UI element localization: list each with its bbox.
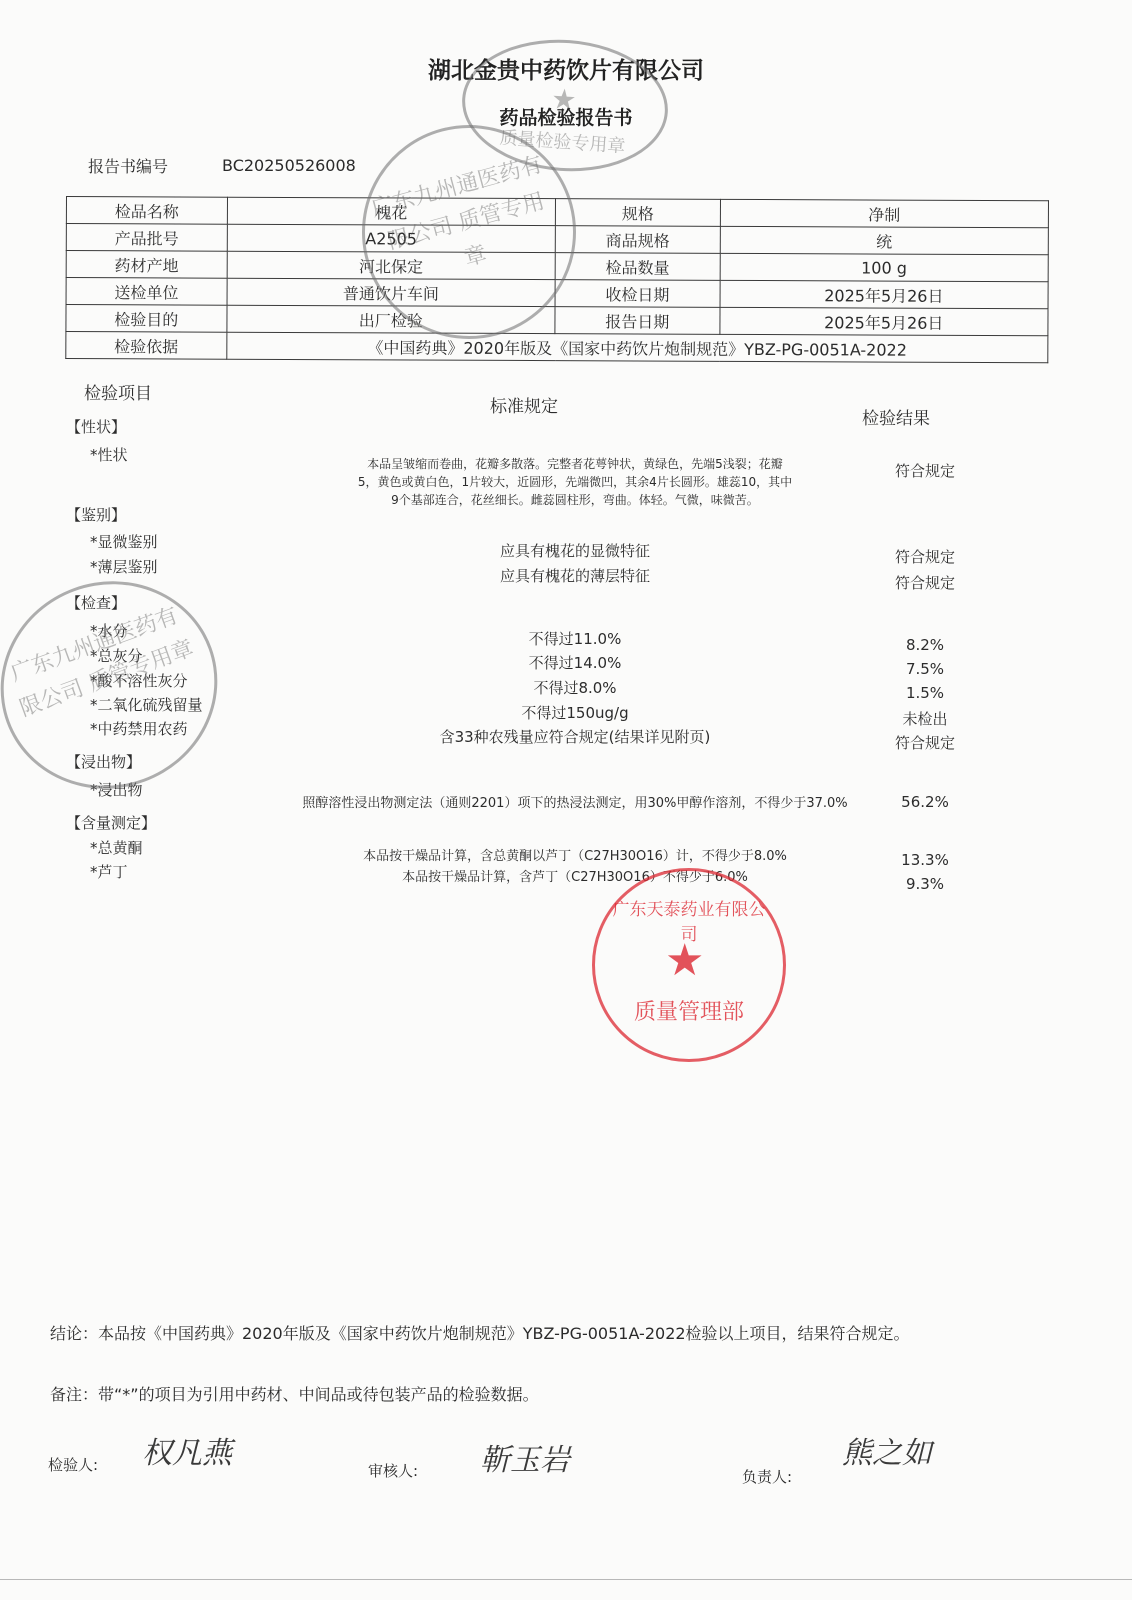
section-inspection: 【检查】 <box>66 592 126 613</box>
item-standard: 本品按干燥品计算，含芦丁（C27H30O16）不得少于6.0% <box>250 866 900 885</box>
section-assay: 【含量测定】 <box>66 812 156 833</box>
table-row: 送检单位 普通饮片车间 收检日期 2025年5月26日 <box>66 278 1048 309</box>
item-name: *芦丁 <box>90 861 128 882</box>
item-standard: 本品按干燥品计算，含总黄酮以芦丁（C27H30O16）计，不得少于8.0% <box>250 845 900 864</box>
item-name: *总灰分 <box>90 645 143 666</box>
item-standard: 不得过14.0% <box>250 652 900 673</box>
inspector-label: 检验人: <box>48 1454 98 1475</box>
header-test-item: 检验项目 <box>84 379 152 404</box>
cell-label: 规格 <box>555 199 720 227</box>
item-name: *显微鉴别 <box>90 531 158 552</box>
red-quality-seal: 广东天泰药业有限公司 ★ 质量管理部 <box>592 868 786 1062</box>
item-name: *水分 <box>90 620 128 641</box>
item-name: *薄层鉴别 <box>90 556 158 577</box>
item-name: *性状 <box>90 444 128 465</box>
item-result: 符合规定 <box>860 732 990 753</box>
item-name: *二氧化硫残留量 <box>90 694 203 715</box>
section-extract: 【浸出物】 <box>66 751 141 772</box>
table-row: 产品批号 A2505 商品规格 统 <box>66 224 1048 255</box>
item-standard: 本品呈皱缩而卷曲，花瓣多散落。完整者花萼钟状，黄绿色，先端5浅裂；花瓣 5，黄色… <box>300 455 850 509</box>
remark: 备注：带“*”的项目为引用中药材、中间品或待包装产品的检验数据。 <box>50 1382 539 1405</box>
cell-label: 商品规格 <box>555 226 720 254</box>
reviewer-signature: 靳玉岩 <box>480 1435 570 1479</box>
table-row: 检品名称 槐花 规格 净制 <box>66 197 1048 228</box>
item-name: *中药禁用农药 <box>90 718 188 739</box>
cell-value: 2025年5月26日 <box>720 280 1048 308</box>
cell-label: 报告日期 <box>555 307 720 335</box>
cell-value: 《中国药典》2020年版及《国家中药饮片炮制规范》YBZ-PG-0051A-20… <box>226 332 1047 363</box>
cell-value: 普通饮片车间 <box>227 278 555 306</box>
header-result: 检验结果 <box>862 404 930 429</box>
item-standard: 照醇溶性浸出物测定法（通则2201）项下的热浸法测定，用30%甲醇作溶剂，不得少… <box>250 792 900 811</box>
item-name: *总黄酮 <box>90 837 143 858</box>
cell-value: 槐花 <box>227 197 555 225</box>
item-standard: 不得过11.0% <box>250 628 900 649</box>
item-result: 符合规定 <box>860 546 990 567</box>
item-result: 7.5% <box>860 660 990 678</box>
cell-label: 收检日期 <box>555 280 720 308</box>
cell-value: A2505 <box>227 224 555 252</box>
section-identification: 【鉴别】 <box>66 504 126 525</box>
item-result: 1.5% <box>860 684 990 702</box>
item-result: 符合规定 <box>860 460 990 481</box>
cell-value: 100 g <box>720 253 1048 281</box>
company-name: 湖北金贵中药饮片有限公司 <box>0 52 1132 85</box>
item-result: 符合规定 <box>860 572 990 593</box>
cell-value: 出厂检验 <box>227 305 555 333</box>
inspector-signature: 权凡燕 <box>142 1428 232 1472</box>
item-standard: 应具有槐花的薄层特征 <box>250 565 900 586</box>
bottom-divider <box>0 1579 1132 1580</box>
header-standard: 标准规定 <box>490 392 558 417</box>
report-number-value: BC20250526008 <box>222 156 356 175</box>
item-standard: 应具有槐花的显微特征 <box>250 540 900 561</box>
item-result: 56.2% <box>860 793 990 811</box>
cell-value: 统 <box>720 226 1048 254</box>
cell-label: 检品名称 <box>66 197 227 225</box>
table-row: 药材产地 河北保定 检品数量 100 g <box>66 251 1048 282</box>
reviewer-label: 审核人: <box>368 1460 418 1481</box>
cell-label: 送检单位 <box>66 278 227 306</box>
cell-value: 净制 <box>720 199 1048 227</box>
conclusion: 结论：本品按《中国药典》2020年版及《国家中药饮片炮制规范》YBZ-PG-00… <box>50 1322 990 1345</box>
section-appearance: 【性状】 <box>66 416 126 437</box>
sample-info-table: 检品名称 槐花 规格 净制 产品批号 A2505 商品规格 统 药材产地 河北保… <box>65 196 1049 363</box>
table-row: 检验依据 《中国药典》2020年版及《国家中药饮片炮制规范》YBZ-PG-005… <box>66 332 1048 363</box>
report-number-label: 报告书编号 <box>88 154 168 177</box>
cell-value: 2025年5月26日 <box>720 307 1048 335</box>
cell-label: 检验依据 <box>66 332 227 360</box>
cell-label: 药材产地 <box>66 251 227 279</box>
item-name: *浸出物 <box>90 779 143 800</box>
cell-label: 产品批号 <box>66 224 227 252</box>
cell-value: 河北保定 <box>227 251 555 279</box>
manager-signature: 熊之如 <box>842 1428 932 1472</box>
item-standard: 含33种农残量应符合规定(结果详见附页) <box>250 726 900 747</box>
document-title: 药品检验报告书 <box>0 103 1132 130</box>
item-name: *酸不溶性灰分 <box>90 670 188 691</box>
item-standard: 不得过8.0% <box>250 677 900 698</box>
cell-label: 检品数量 <box>555 253 720 281</box>
item-result: 9.3% <box>860 875 990 893</box>
cell-label: 检验目的 <box>66 305 227 333</box>
manager-label: 负责人: <box>742 1466 792 1487</box>
table-row: 检验目的 出厂检验 报告日期 2025年5月26日 <box>66 305 1048 336</box>
star-icon: ★ <box>665 935 704 986</box>
item-standard: 不得过150ug/g <box>250 702 900 723</box>
